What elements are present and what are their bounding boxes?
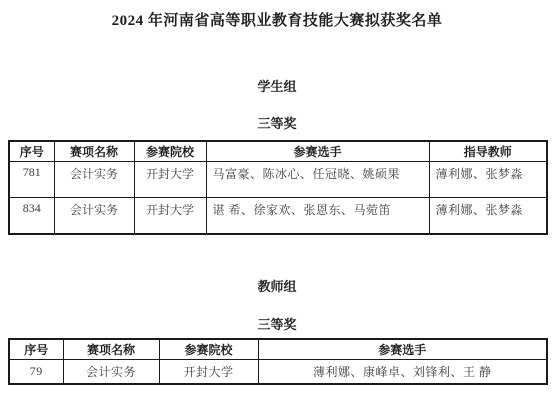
column-header-contestants: 参赛选手 bbox=[206, 141, 429, 162]
student-group-award-table: 序号 赛项名称 参赛院校 参赛选手 指导教师 781 会计实务 开封大学 马富豪… bbox=[8, 140, 548, 235]
event-name-cell: 会计实务 bbox=[54, 198, 134, 234]
table-row: 834 会计实务 开封大学 谌 希、徐家欢、张恩东、马菀笛 薄利娜、张梦淼 bbox=[9, 198, 547, 234]
contestants-cell: 谌 希、徐家欢、张恩东、马菀笛 bbox=[206, 198, 429, 234]
document-page: 2024 年河南省高等职业教育技能大赛拟获奖名单 学生组 三等奖 序号 赛项名称… bbox=[0, 0, 554, 397]
contestants-cell: 马富豪、陈冰心、任冠晓、姚硕果 bbox=[206, 162, 429, 198]
column-header-serial-number: 序号 bbox=[9, 141, 54, 162]
column-header-coaches: 指导教师 bbox=[429, 141, 547, 162]
section-heading-student-group: 学生组 bbox=[0, 76, 554, 95]
table-header-row: 序号 赛项名称 参赛院校 参赛选手 bbox=[9, 339, 547, 360]
document-title: 2024 年河南省高等职业教育技能大赛拟获奖名单 bbox=[0, 9, 554, 30]
institution-cell: 开封大学 bbox=[159, 360, 258, 385]
section-heading-teacher-group: 教师组 bbox=[0, 276, 554, 295]
column-header-serial-number: 序号 bbox=[9, 339, 63, 360]
column-header-institution: 参赛院校 bbox=[134, 141, 206, 162]
serial-number-cell: 781 bbox=[9, 162, 54, 198]
table-header-row: 序号 赛项名称 参赛院校 参赛选手 指导教师 bbox=[9, 141, 547, 162]
section-heading-third-prize-teachers: 三等奖 bbox=[0, 314, 554, 333]
coaches-cell: 薄利娜、张梦淼 bbox=[429, 198, 547, 234]
serial-number-cell: 79 bbox=[9, 360, 63, 385]
section-heading-third-prize-students: 三等奖 bbox=[0, 113, 554, 132]
column-header-institution: 参赛院校 bbox=[159, 339, 258, 360]
column-header-event-name: 赛项名称 bbox=[54, 141, 134, 162]
teacher-group-award-table: 序号 赛项名称 参赛院校 参赛选手 79 会计实务 开封大学 薄利娜、康峰卓、刘… bbox=[8, 338, 548, 385]
coaches-cell: 薄利娜、张梦淼 bbox=[429, 162, 547, 198]
column-header-contestants: 参赛选手 bbox=[258, 339, 547, 360]
contestants-cell: 薄利娜、康峰卓、刘锋利、王 静 bbox=[258, 360, 547, 385]
column-header-event-name: 赛项名称 bbox=[63, 339, 159, 360]
event-name-cell: 会计实务 bbox=[63, 360, 159, 385]
institution-cell: 开封大学 bbox=[134, 198, 206, 234]
serial-number-cell: 834 bbox=[9, 198, 54, 234]
institution-cell: 开封大学 bbox=[134, 162, 206, 198]
table-row: 781 会计实务 开封大学 马富豪、陈冰心、任冠晓、姚硕果 薄利娜、张梦淼 bbox=[9, 162, 547, 198]
table-row: 79 会计实务 开封大学 薄利娜、康峰卓、刘锋利、王 静 bbox=[9, 360, 547, 385]
event-name-cell: 会计实务 bbox=[54, 162, 134, 198]
